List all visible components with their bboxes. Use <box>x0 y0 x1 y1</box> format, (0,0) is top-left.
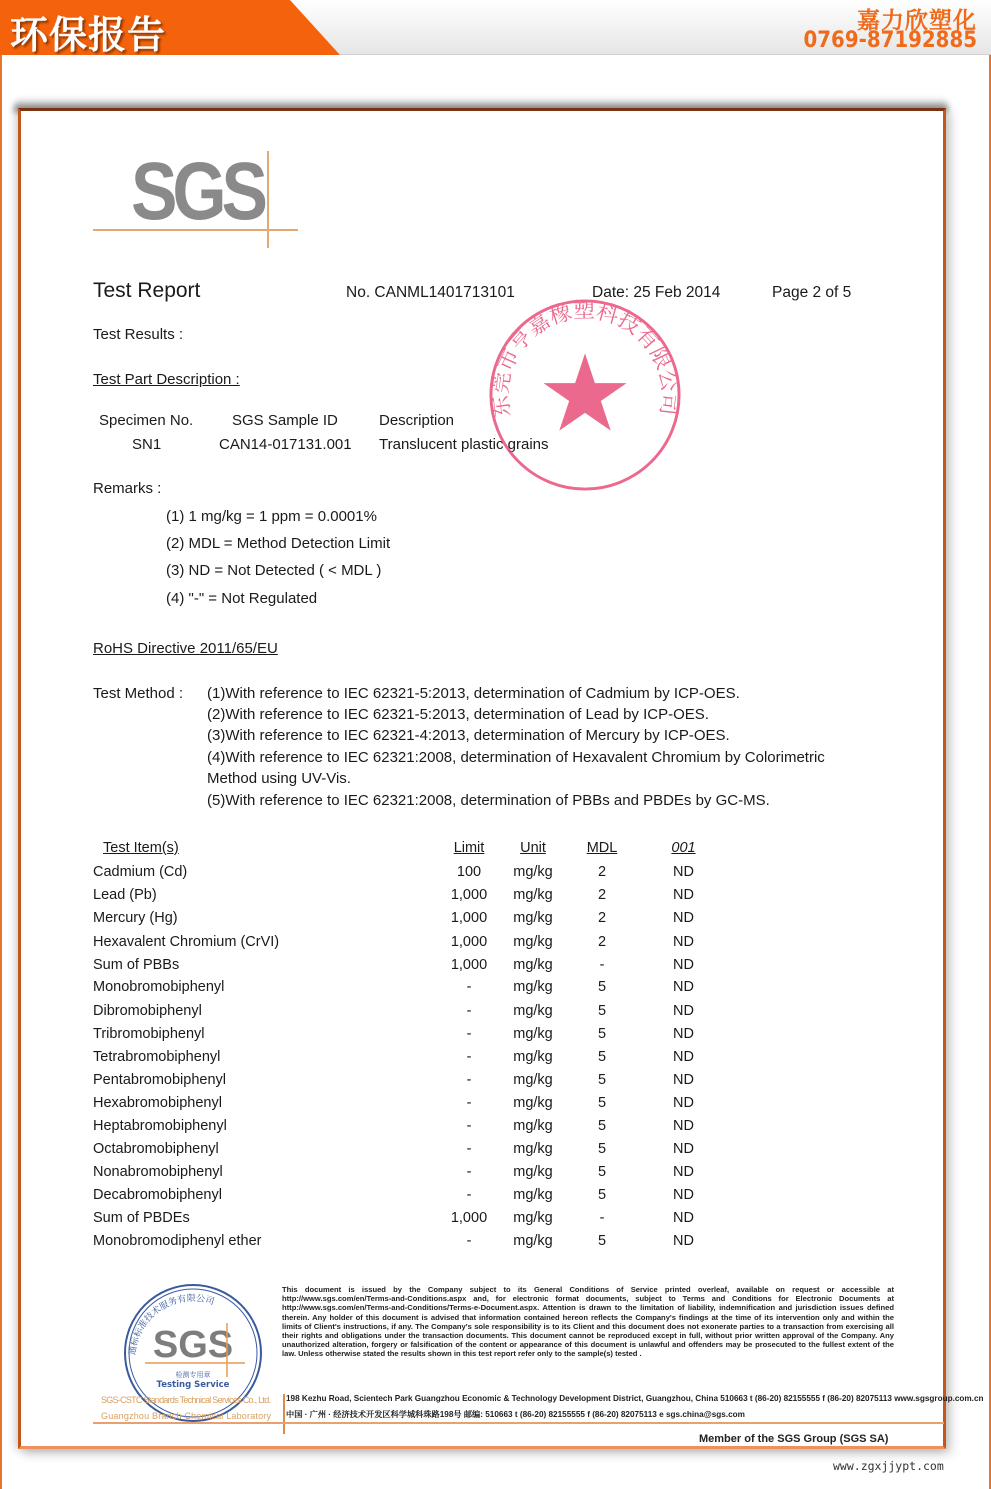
rohs-directive-heading: RoHS Directive 2011/65/EU <box>93 640 278 657</box>
limit-value: - <box>439 1003 499 1019</box>
sgs-logo: SGS <box>93 151 298 248</box>
remark-item: (4) "-" = Not Regulated <box>166 590 317 607</box>
test-method-label: Test Method : <box>93 685 183 702</box>
test-item-name: Cadmium (Cd) <box>93 864 187 880</box>
test-item-name: Hexabromobiphenyl <box>93 1095 222 1111</box>
test-item-name: Sum of PBBs <box>93 957 179 973</box>
limit-value: - <box>439 1233 499 1249</box>
unit-value: mg/kg <box>507 1233 559 1249</box>
unit-value: mg/kg <box>507 1049 559 1065</box>
result-value: ND <box>661 1026 706 1042</box>
test-item-name: Lead (Pb) <box>93 887 157 903</box>
column-header-limit: Limit <box>439 840 499 856</box>
limit-value: - <box>439 979 499 995</box>
mdl-value: 5 <box>576 1026 628 1042</box>
test-item-name: Monobromodiphenyl ether <box>93 1233 261 1249</box>
unit-value: mg/kg <box>507 1003 559 1019</box>
test-item-name: Nonabromobiphenyl <box>93 1164 223 1180</box>
test-method-line: (4)With reference to IEC 62321:2008, det… <box>207 749 825 766</box>
footer-rule <box>93 1422 944 1424</box>
result-value: ND <box>661 1072 706 1088</box>
test-method-line: (1)With reference to IEC 62321-5:2013, d… <box>207 685 740 702</box>
test-item-name: Hexavalent Chromium (CrVI) <box>93 934 279 950</box>
result-value: ND <box>661 979 706 995</box>
logo-vertical-rule <box>267 151 269 248</box>
result-value: ND <box>661 1003 706 1019</box>
mdl-value: - <box>576 1210 628 1226</box>
limit-value: 1,000 <box>439 957 499 973</box>
column-header-unit: Unit <box>507 840 559 856</box>
mdl-value: 5 <box>576 1072 628 1088</box>
address-chinese: 中国 · 广州 · 经济技术开发区科学城科珠路198号 邮编: 510663 t… <box>286 1409 745 1420</box>
column-header-mdl: MDL <box>576 840 628 856</box>
limit-value: 1,000 <box>439 910 499 926</box>
stamp-sgs-logo: SGS <box>153 1324 233 1366</box>
limit-value: - <box>439 1118 499 1134</box>
result-value: ND <box>661 1141 706 1157</box>
limit-value: - <box>439 1049 499 1065</box>
result-value: ND <box>661 1233 706 1249</box>
report-sheet: SGS Test Report No. CANML1401713101 Date… <box>18 108 946 1449</box>
column-header-sample-001: 001 <box>661 840 706 856</box>
sgs-group-membership: Member of the SGS Group (SGS SA) <box>699 1433 888 1445</box>
result-value: ND <box>661 864 706 880</box>
footer-divider <box>283 1394 285 1434</box>
result-value: ND <box>661 957 706 973</box>
result-value: ND <box>661 1118 706 1134</box>
limit-value: 1,000 <box>439 934 499 950</box>
test-item-name: Mercury (Hg) <box>93 910 178 926</box>
sgs-testing-service-stamp: 通标标准技术服务有限公司 SGS 检测专用章 Testing Service S… <box>93 1281 283 1431</box>
mdl-value: 5 <box>576 979 628 995</box>
result-value: ND <box>661 1210 706 1226</box>
remarks-label: Remarks : <box>93 480 161 497</box>
unit-value: mg/kg <box>507 1164 559 1180</box>
mdl-value: 5 <box>576 1164 628 1180</box>
watermark-url: www.zgxjjypt.com <box>833 1459 944 1473</box>
unit-value: mg/kg <box>507 1210 559 1226</box>
specimen-header: SGS Sample ID <box>232 412 338 429</box>
star-icon <box>543 353 626 430</box>
address-english: 198 Kezhu Road, Scientech Park Guangzhou… <box>286 1394 984 1403</box>
svg-text:SGS-CSTC Standards Technical S: SGS-CSTC Standards Technical Services Co… <box>101 1395 271 1405</box>
limit-value: - <box>439 1164 499 1180</box>
test-method-line: (5)With reference to IEC 62321:2008, det… <box>207 792 770 809</box>
unit-value: mg/kg <box>507 1141 559 1157</box>
result-value: ND <box>661 1095 706 1111</box>
limit-value: - <box>439 1141 499 1157</box>
mdl-value: 5 <box>576 1141 628 1157</box>
test-item-name: Decabromobiphenyl <box>93 1187 222 1203</box>
result-value: ND <box>661 1049 706 1065</box>
specimen-header: Description <box>379 412 454 429</box>
svg-text:检测专用章: 检测专用章 <box>176 1370 211 1379</box>
mdl-value: - <box>576 957 628 973</box>
test-item-name: Tetrabromobiphenyl <box>93 1049 220 1065</box>
test-item-name: Dibromobiphenyl <box>93 1003 202 1019</box>
unit-value: mg/kg <box>507 1026 559 1042</box>
unit-value: mg/kg <box>507 1187 559 1203</box>
result-value: ND <box>661 910 706 926</box>
unit-value: mg/kg <box>507 1118 559 1134</box>
mdl-value: 2 <box>576 864 628 880</box>
test-item-name: Sum of PBDEs <box>93 1210 190 1226</box>
header-banner: 环保报告 嘉力欣塑化 0769-87192885 <box>0 0 991 55</box>
specimen-number: SN1 <box>132 436 161 453</box>
test-item-name: Pentabromobiphenyl <box>93 1072 226 1088</box>
limit-value: - <box>439 1072 499 1088</box>
test-item-name: Tribromobiphenyl <box>93 1026 204 1042</box>
mdl-value: 5 <box>576 1095 628 1111</box>
limit-value: 100 <box>439 864 499 880</box>
specimen-header: Specimen No. <box>99 412 193 429</box>
mdl-value: 2 <box>576 934 628 950</box>
mdl-value: 2 <box>576 887 628 903</box>
mdl-value: 5 <box>576 1118 628 1134</box>
report-title: Test Report <box>93 279 200 303</box>
unit-value: mg/kg <box>507 979 559 995</box>
mdl-value: 5 <box>576 1233 628 1249</box>
mdl-value: 5 <box>576 1003 628 1019</box>
mdl-value: 5 <box>576 1187 628 1203</box>
report-page-number: Page 2 of 5 <box>772 284 851 302</box>
result-value: ND <box>661 934 706 950</box>
unit-value: mg/kg <box>507 1072 559 1088</box>
brand-phone: 0769-87192885 <box>804 28 977 53</box>
remark-item: (2) MDL = Method Detection Limit <box>166 535 390 552</box>
svg-text:Testing Service: Testing Service <box>157 1380 230 1390</box>
svg-text:Guangzhou Branch Chemical Labo: Guangzhou Branch Chemical Laboratory <box>101 1411 272 1421</box>
sgs-logo-text: SGS <box>131 151 263 233</box>
unit-value: mg/kg <box>507 934 559 950</box>
unit-value: mg/kg <box>507 910 559 926</box>
test-part-description-label: Test Part Description : <box>93 371 240 388</box>
unit-value: mg/kg <box>507 887 559 903</box>
limit-value: - <box>439 1187 499 1203</box>
limit-value: - <box>439 1026 499 1042</box>
test-method-line: Method using UV-Vis. <box>207 770 351 787</box>
result-value: ND <box>661 887 706 903</box>
test-item-name: Monobromobiphenyl <box>93 979 224 995</box>
limit-value: - <box>439 1095 499 1111</box>
company-seal-stamp: 东莞市亨嘉橡塑科技有限公司 <box>486 296 684 494</box>
unit-value: mg/kg <box>507 1095 559 1111</box>
test-item-name: Heptabromobiphenyl <box>93 1118 227 1134</box>
banner-title: 环保报告 <box>10 4 166 59</box>
limit-value: 1,000 <box>439 1210 499 1226</box>
column-header-test-item: Test Item(s) <box>103 840 179 856</box>
test-item-name: Octabromobiphenyl <box>93 1141 219 1157</box>
unit-value: mg/kg <box>507 957 559 973</box>
legal-disclaimer: This document is issued by the Company s… <box>282 1285 894 1359</box>
test-method-line: (3)With reference to IEC 62321-4:2013, d… <box>207 727 730 744</box>
test-method-line: (2)With reference to IEC 62321-5:2013, d… <box>207 706 709 723</box>
sample-id: CAN14-017131.001 <box>219 436 352 453</box>
test-results-label: Test Results : <box>93 326 183 343</box>
limit-value: 1,000 <box>439 887 499 903</box>
mdl-value: 5 <box>576 1049 628 1065</box>
mdl-value: 2 <box>576 910 628 926</box>
remark-item: (1) 1 mg/kg = 1 ppm = 0.0001% <box>166 508 377 525</box>
unit-value: mg/kg <box>507 864 559 880</box>
remark-item: (3) ND = Not Detected ( < MDL ) <box>166 562 381 579</box>
result-value: ND <box>661 1164 706 1180</box>
result-value: ND <box>661 1187 706 1203</box>
